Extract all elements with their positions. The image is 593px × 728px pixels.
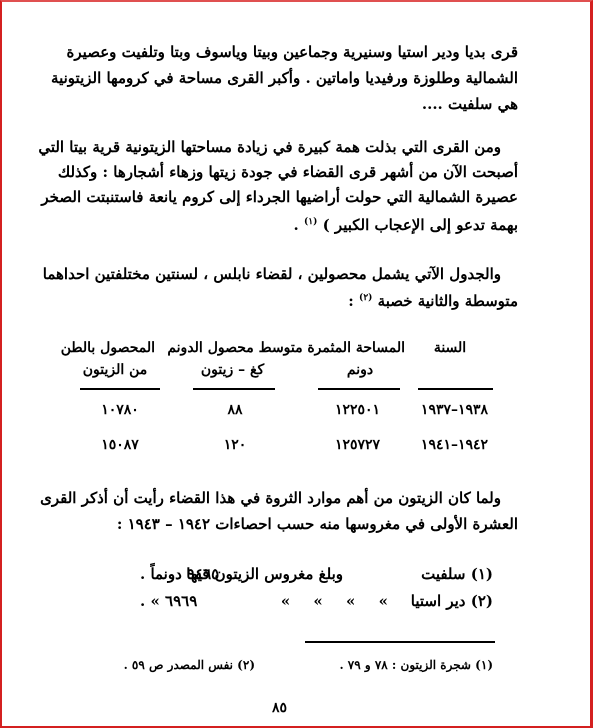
table-header-yield-tons-underline bbox=[80, 388, 160, 390]
paragraph-2-end: . bbox=[294, 216, 299, 234]
table-header-year: السنة bbox=[405, 340, 495, 356]
paragraph-2-line-1: ومن القرى التي بذلت همة كبيرة في زيادة م… bbox=[78, 137, 501, 157]
village-num: (٢) bbox=[471, 592, 493, 610]
table-cell-year: ١٩٤٢–١٩٤١ bbox=[412, 437, 497, 453]
village-list-item-2-value: ٦٩٦٩ » . bbox=[140, 592, 197, 610]
table-cell-yield-tons: ١٥٠٨٧ bbox=[90, 437, 150, 453]
book-page: قرى بديا ودير استيا وسنيرية وجماعين وبيت… bbox=[0, 0, 593, 728]
table-header-area-unit: دونم bbox=[315, 362, 405, 378]
village-list-item-1: (١) سلفيت bbox=[421, 565, 493, 583]
table-cell-area: ١٢٥٧٢٧ bbox=[320, 437, 395, 453]
table-header-area: المساحة المثمرة bbox=[315, 340, 405, 356]
paragraph-2-line-2: أصبحت الآن من أشهر قرى القضاء في جودة زي… bbox=[78, 162, 518, 182]
paragraph-1-line-1: قرى بديا ودير استيا وسنيرية وجماعين وبيت… bbox=[78, 42, 518, 62]
table-cell-year: ١٩٣٨–١٩٣٧ bbox=[412, 402, 497, 418]
table-header-avg-yield-unit: كغ – زيتون bbox=[190, 362, 275, 378]
paragraph-2-line-4: بهمة تدعو إلى الإعجاب الكبير ) (١) . bbox=[294, 212, 518, 235]
footnote-ref-2: (٢) bbox=[359, 293, 372, 303]
paragraph-3-end: : bbox=[348, 292, 354, 310]
table-header-avg-yield-underline bbox=[193, 388, 275, 390]
paragraph-3-line-2-text: متوسطة والثانية خصبة bbox=[378, 292, 518, 310]
village-name: سلفيت bbox=[421, 565, 465, 583]
table-cell-avg-yield: ١٢٠ bbox=[215, 437, 255, 453]
paragraph-3-line-2: متوسطة والثانية خصبة (٢) : bbox=[348, 288, 518, 311]
page-number: ٨٥ bbox=[272, 700, 287, 716]
footnote-ref-1: (١) bbox=[304, 217, 317, 227]
footnote-2: (٢) نفس المصدر ص ٥٩ . bbox=[124, 658, 255, 672]
paragraph-1-line-3: هي سلفيت .... bbox=[422, 94, 518, 114]
table-header-area-underline bbox=[318, 388, 400, 390]
table-cell-avg-yield: ٨٨ bbox=[215, 402, 255, 418]
table-header-year-underline bbox=[418, 388, 493, 390]
paragraph-4-line-1: ولما كان الزيتون من أهم موارد الثروة في … bbox=[78, 488, 501, 508]
village-num: (١) bbox=[471, 565, 493, 583]
village-list-item-2: (٢) دير استيا bbox=[411, 592, 493, 610]
village-list-item-2-text: » » » » bbox=[281, 592, 388, 610]
village-name: دير استيا bbox=[411, 592, 466, 610]
footnote-1: (١) شجرة الزيتون : ٧٨ و ٧٩ . bbox=[339, 658, 493, 672]
table-header-avg-yield: متوسط محصول الدونم bbox=[160, 340, 310, 356]
table-header-yield-tons-unit: من الزيتون bbox=[75, 362, 155, 378]
table-header-yield-tons: المحصول بالطن bbox=[75, 340, 155, 356]
paragraph-2-line-4-text: بهمة تدعو إلى الإعجاب الكبير ) bbox=[323, 216, 518, 234]
table-cell-area: ١٢٢٥٠١ bbox=[320, 402, 395, 418]
paragraph-1-line-2: الشمالية وطلوزة ورفيديا واماتين . وأكبر … bbox=[78, 68, 518, 88]
footnote-separator bbox=[305, 641, 495, 643]
paragraph-4-line-2: العشرة الأولى في مغروسها منه حسب احصاءات… bbox=[117, 514, 518, 534]
paragraph-3-line-1: والجدول الآتي يشمل محصولين ، لقضاء نابلس… bbox=[78, 264, 501, 284]
paragraph-2-line-3: عصيرة الشمالية التي حولت أراضيها الجرداء… bbox=[78, 187, 518, 207]
table-cell-yield-tons: ١٠٧٨٠ bbox=[90, 402, 150, 418]
village-list-item-1-value: ٩٤٦٥ دونماً . bbox=[140, 565, 219, 583]
